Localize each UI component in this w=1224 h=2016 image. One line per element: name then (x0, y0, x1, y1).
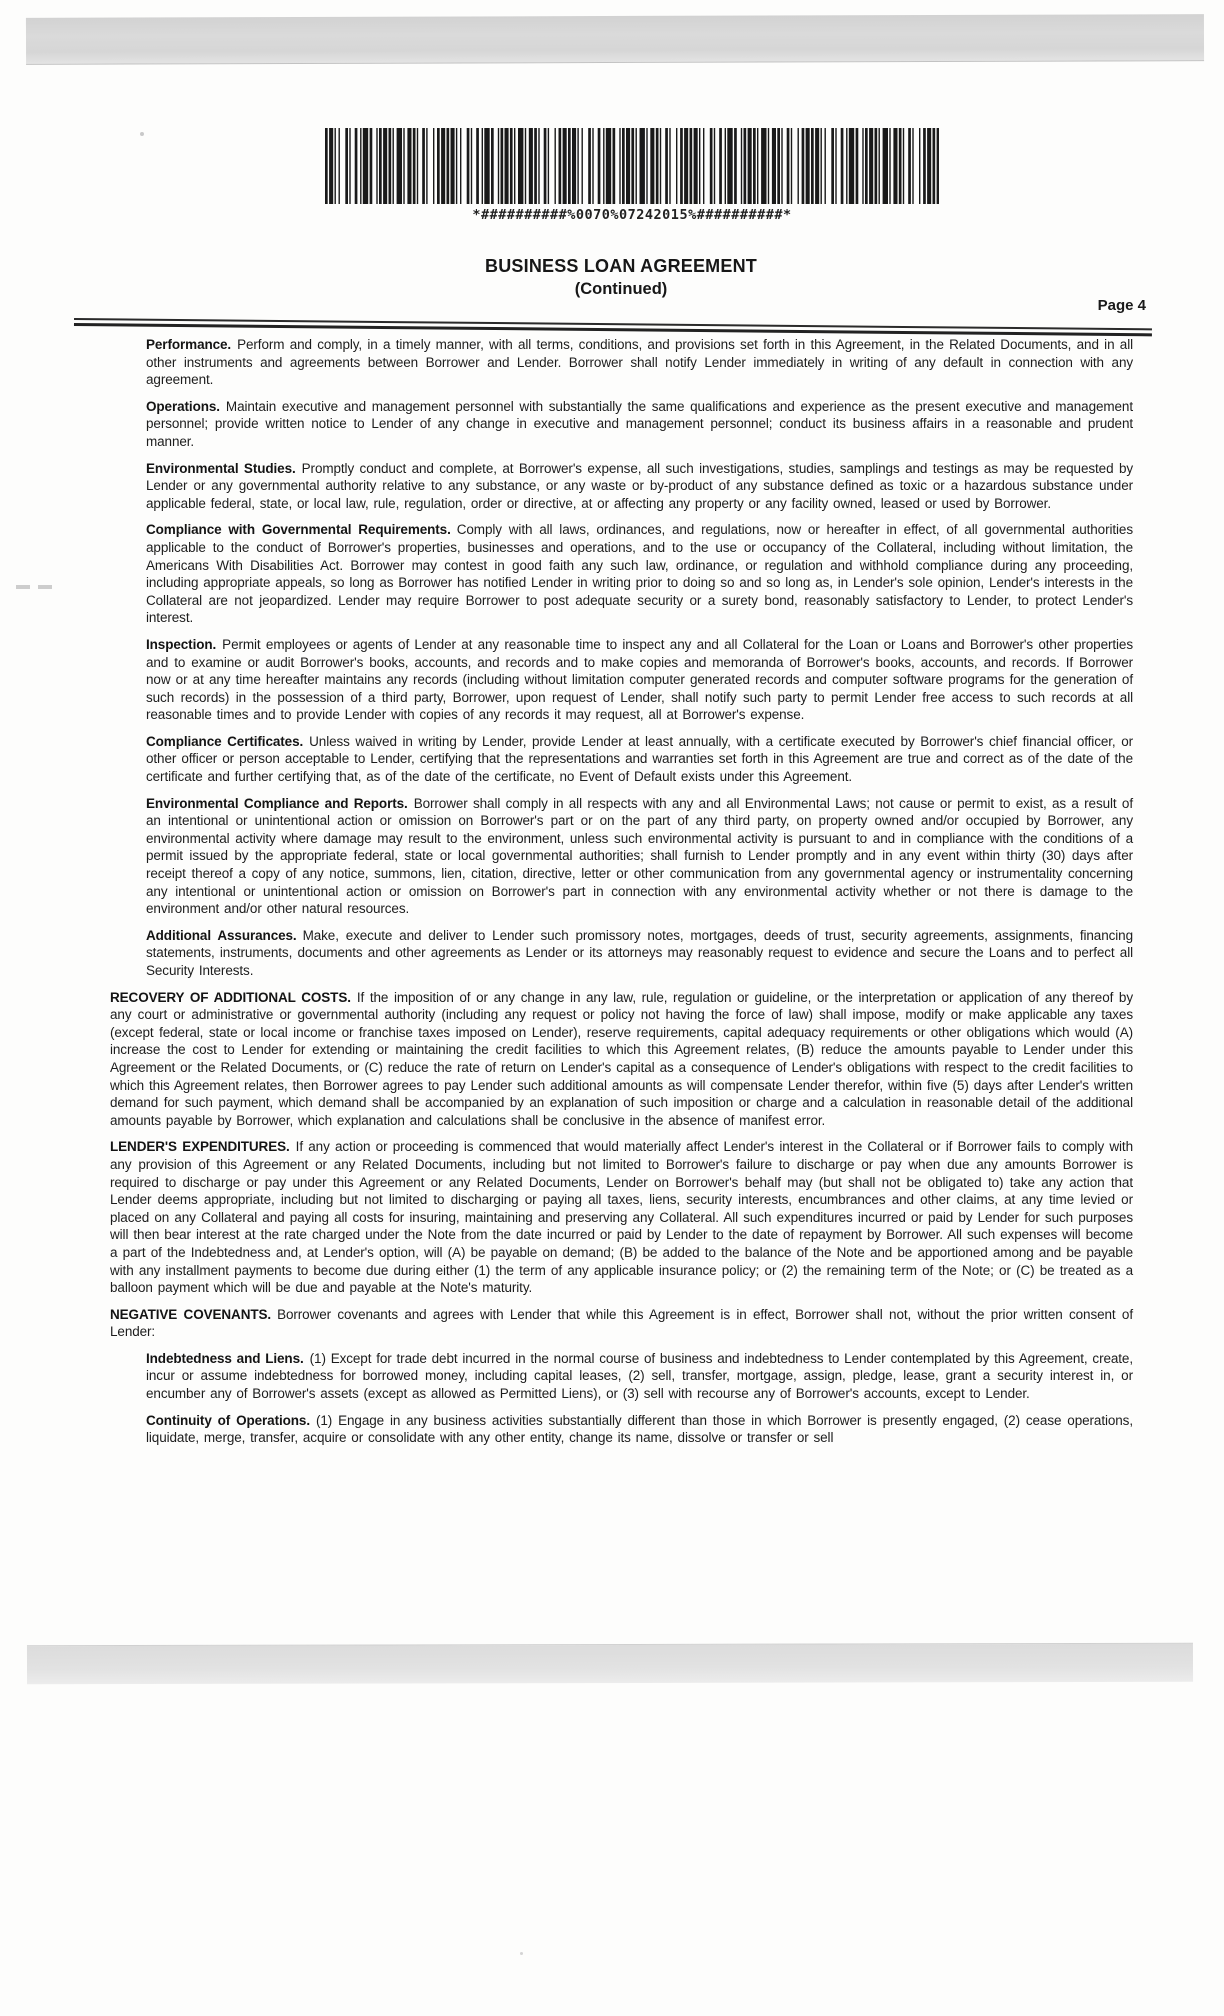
section-heading: Environmental Compliance and Reports. (146, 796, 414, 811)
section-heading: Inspection. (146, 637, 222, 652)
document-subtitle: (Continued) (110, 280, 1132, 299)
page-number: Page 4 (1098, 297, 1146, 314)
header-divider (74, 318, 1152, 336)
scan-speck (520, 1952, 523, 1955)
scanner-artifact-band-bottom (27, 1643, 1193, 1684)
section-text: Maintain executive and management person… (146, 399, 1133, 449)
scan-speck (140, 132, 144, 136)
section-continuity-of-operations: Continuity of Operations.(1) Engage in a… (146, 1412, 1133, 1447)
document-header: BUSINESS LOAN AGREEMENT (Continued) (110, 256, 1132, 299)
section-heading: RECOVERY OF ADDITIONAL COSTS. (110, 990, 357, 1005)
barcode-image (325, 128, 939, 204)
section-recovery-of-additional-costs: RECOVERY OF ADDITIONAL COSTS.If the impo… (110, 989, 1133, 1130)
section-heading: Operations. (146, 399, 226, 414)
scanner-artifact-band-top (26, 14, 1204, 65)
section-heading: Additional Assurances. (146, 928, 303, 943)
section-inspection: Inspection.Permit employees or agents of… (146, 636, 1133, 724)
section-performance: Performance.Perform and comply, in a tim… (146, 336, 1133, 389)
section-heading: Compliance with Governmental Requirement… (146, 522, 457, 537)
barcode-label: *##########%0070%07242015%##########* (325, 207, 939, 223)
section-lenders-expenditures: LENDER'S EXPENDITURES.If any action or p… (110, 1138, 1133, 1296)
section-text: If the imposition of or any change in an… (110, 990, 1133, 1128)
section-text: Perform and comply, in a timely manner, … (146, 337, 1133, 387)
section-compliance-with-governmental-requirements: Compliance with Governmental Requirement… (146, 521, 1133, 627)
section-operations: Operations.Maintain executive and manage… (146, 398, 1133, 451)
section-heading: LENDER'S EXPENDITURES. (110, 1139, 296, 1154)
section-heading: Environmental Studies. (146, 461, 302, 476)
section-environmental-compliance-and-reports: Environmental Compliance and Reports.Bor… (146, 795, 1133, 918)
section-negative-covenants: NEGATIVE COVENANTS.Borrower covenants an… (110, 1306, 1133, 1341)
barcode: *##########%0070%07242015%##########* (325, 128, 939, 223)
section-environmental-studies: Environmental Studies.Promptly conduct a… (146, 460, 1133, 513)
section-heading: Compliance Certificates. (146, 734, 309, 749)
document-body: Performance.Perform and comply, in a tim… (110, 336, 1133, 1456)
section-text: If any action or proceeding is commenced… (110, 1139, 1133, 1295)
section-heading: Performance. (146, 337, 237, 352)
section-text: Comply with all laws, ordinances, and re… (146, 522, 1133, 625)
section-heading: NEGATIVE COVENANTS. (110, 1307, 277, 1322)
section-heading: Indebtedness and Liens. (146, 1351, 310, 1366)
section-text: Permit employees or agents of Lender at … (146, 637, 1133, 722)
section-text: Borrower shall comply in all respects wi… (146, 796, 1133, 917)
section-compliance-certificates: Compliance Certificates.Unless waived in… (146, 733, 1133, 786)
section-additional-assurances: Additional Assurances.Make, execute and … (146, 927, 1133, 980)
section-indebtedness-and-liens: Indebtedness and Liens.(1) Except for tr… (146, 1350, 1133, 1403)
document-title: BUSINESS LOAN AGREEMENT (110, 256, 1132, 277)
section-heading: Continuity of Operations. (146, 1413, 316, 1428)
scan-dash-artifact (16, 585, 56, 589)
